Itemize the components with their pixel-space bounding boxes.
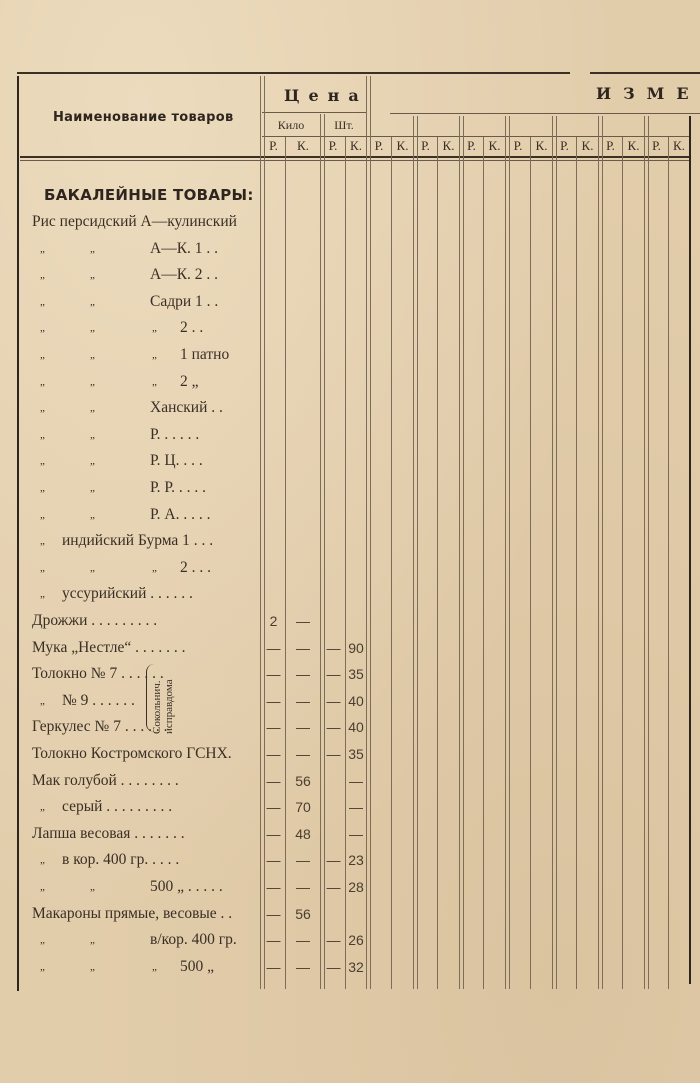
price-kilo-k: 48 — [286, 821, 320, 847]
side-note-line-1: Сокольнич. — [151, 679, 163, 734]
price-sht-k: 40 — [346, 714, 366, 740]
price-kilo-k: 70 — [286, 794, 320, 820]
price-kilo-r — [262, 315, 285, 341]
item-name-text: № 9 . . . . . . — [62, 688, 135, 714]
price-kilo-k: — — [286, 661, 320, 687]
price-sht-r — [322, 901, 345, 927]
price-group-header: Цена — [284, 86, 368, 105]
ditto-mark: „ — [90, 502, 95, 528]
price-sht-k: — — [346, 821, 366, 847]
item-name-text: в/кор. 400 гр. — [150, 927, 237, 953]
ditto-mark: „ — [40, 502, 45, 528]
price-sht-k — [346, 315, 366, 341]
price-sht-k: 23 — [346, 847, 366, 873]
ditto-mark: „ — [40, 342, 45, 368]
price-sht-r: — — [322, 635, 345, 661]
rk-row-top-rule — [262, 136, 690, 137]
item-name: „серый . . . . . . . . . — [32, 794, 258, 820]
price-sht-r — [322, 768, 345, 794]
price-sht-r — [322, 475, 345, 501]
table-row: „„Р. А. . . . . — [0, 502, 700, 528]
price-sht-r — [322, 369, 345, 395]
price-sht-r — [322, 528, 345, 554]
price-kilo-k: — — [286, 714, 320, 740]
price-sht-k — [346, 236, 366, 262]
change-group-header: ИЗМЕ — [596, 84, 700, 103]
header-bottom-rule-2 — [20, 160, 690, 161]
price-sht-r — [322, 581, 345, 607]
item-name: „„Р. . . . . . — [32, 422, 258, 448]
ditto-mark: „ — [90, 315, 95, 341]
table-row: „„Садри 1 . . — [0, 289, 700, 315]
price-kilo-r: — — [262, 901, 285, 927]
item-name: „„500 „ . . . . . — [32, 874, 258, 900]
price-sht-r — [322, 794, 345, 820]
table-row: „№ 9 . . . . . .———40 — [0, 688, 700, 714]
item-name: Геркулес № 7 . . . . . . — [32, 714, 258, 740]
table-row: „„А—К. 1 . . — [0, 236, 700, 262]
item-name-text: серый . . . . . . . . . — [62, 794, 172, 820]
item-name-text: уссурийский . . . . . . — [62, 581, 193, 607]
item-name-text: в кор. 400 гр. . . . . — [62, 847, 179, 873]
item-name-text: 500 „ . . . . . — [150, 874, 223, 900]
ditto-mark: „ — [152, 555, 157, 581]
item-name-text: 1 патно — [180, 342, 229, 368]
price-sht-r: — — [322, 741, 345, 767]
price-kilo-r: — — [262, 688, 285, 714]
price-sht-r — [322, 262, 345, 288]
price-sht-k: — — [346, 768, 366, 794]
rub-label: Р. — [506, 138, 530, 154]
price-sht-k: 35 — [346, 661, 366, 687]
header-bottom-rule — [20, 156, 690, 158]
price-kilo-k — [286, 475, 320, 501]
item-name: „„А—К. 1 . . — [32, 236, 258, 262]
price-kilo-r: — — [262, 714, 285, 740]
price-kilo-k — [286, 528, 320, 554]
item-name-text: Р. Ц. . . . — [150, 448, 203, 474]
item-name: „„в/кор. 400 гр. — [32, 927, 258, 953]
unit-piece-header: Шт. — [322, 118, 366, 133]
rub-label: Р. — [262, 138, 285, 154]
price-sht-k — [346, 581, 366, 607]
price-sht-k — [346, 342, 366, 368]
price-kilo-k — [286, 236, 320, 262]
item-name-text: 2 . . — [180, 315, 203, 341]
price-sht-k — [346, 209, 366, 235]
item-name-text: 2 „ — [180, 369, 199, 395]
producer-side-note: Сокольнич. исправдома — [151, 679, 175, 734]
price-kilo-r — [262, 395, 285, 421]
price-kilo-r — [262, 448, 285, 474]
item-name-text: 2 . . . — [180, 555, 211, 581]
price-sht-k: 28 — [346, 874, 366, 900]
price-sht-k — [346, 502, 366, 528]
price-sht-k — [346, 528, 366, 554]
table-row: Толокно № 7 . . . . . .———35 — [0, 661, 700, 687]
table-row: Рис персидский А—кулинский — [0, 209, 700, 235]
item-name: Толокно № 7 . . . . . . — [32, 661, 258, 687]
price-sht-k: 90 — [346, 635, 366, 661]
ditto-mark: „ — [90, 448, 95, 474]
kop-label: К. — [483, 138, 506, 154]
table-row: „„Ханский . . — [0, 395, 700, 421]
price-kilo-r — [262, 262, 285, 288]
ditto-mark: „ — [90, 927, 95, 953]
ditto-mark: „ — [40, 236, 45, 262]
ditto-mark: „ — [40, 954, 45, 980]
kop-label: К. — [285, 138, 321, 154]
kop-label: К. — [668, 138, 690, 154]
ditto-mark: „ — [40, 847, 45, 873]
price-sht-r — [322, 422, 345, 448]
ditto-mark: „ — [40, 395, 45, 421]
table-row: „„Р. Ц. . . . — [0, 448, 700, 474]
kop-label: К. — [530, 138, 553, 154]
price-sht-k — [346, 369, 366, 395]
ditto-mark: „ — [40, 927, 45, 953]
section-title: БАКАЛЕЙНЫЕ ТОВАРЫ: — [44, 186, 254, 204]
item-name-text: А—К. 2 . . — [150, 262, 218, 288]
item-name: „„Ханский . . — [32, 395, 258, 421]
item-name-text: 500 „ — [180, 954, 214, 980]
price-sht-k — [346, 475, 366, 501]
item-name-text: Ханский . . — [150, 395, 223, 421]
price-kilo-r — [262, 581, 285, 607]
price-sht-r: — — [322, 661, 345, 687]
side-note-line-2: исправдома — [163, 679, 175, 734]
table-row: Мука „Нестле“ . . . . . . .———90 — [0, 635, 700, 661]
price-sht-k — [346, 395, 366, 421]
ditto-mark: „ — [40, 581, 45, 607]
price-sht-r — [322, 821, 345, 847]
price-kilo-k: — — [286, 688, 320, 714]
price-kilo-k: — — [286, 608, 320, 634]
ditto-mark: „ — [90, 395, 95, 421]
item-name: „„„500 „ — [32, 954, 258, 980]
price-kilo-k: 56 — [286, 901, 320, 927]
ditto-mark: „ — [40, 315, 45, 341]
rub-label: Р. — [645, 138, 668, 154]
rub-label: Р. — [414, 138, 437, 154]
item-name: „„А—К. 2 . . — [32, 262, 258, 288]
price-sht-k: 26 — [346, 927, 366, 953]
price-sht-k — [346, 262, 366, 288]
item-name: „„Р. А. . . . . — [32, 502, 258, 528]
price-sht-k — [346, 555, 366, 581]
item-name: „индийский Бурма 1 . . . — [32, 528, 258, 554]
rub-label: Р. — [553, 138, 576, 154]
price-kilo-k: — — [286, 954, 320, 980]
price-kilo-k — [286, 289, 320, 315]
table-row: Макароны прямые, весовые . .—56 — [0, 901, 700, 927]
name-column-header: Наименование товаров — [53, 110, 233, 125]
price-kilo-r: — — [262, 927, 285, 953]
item-name: „„Р. Ц. . . . — [32, 448, 258, 474]
price-sht-r: — — [322, 954, 345, 980]
price-kilo-r — [262, 342, 285, 368]
table-row: „„„2 . . — [0, 315, 700, 341]
price-sht-r — [322, 395, 345, 421]
price-sht-r: — — [322, 714, 345, 740]
price-kilo-k — [286, 581, 320, 607]
ditto-mark: „ — [40, 555, 45, 581]
kop-label: К. — [437, 138, 460, 154]
price-kilo-r — [262, 236, 285, 262]
ditto-mark: „ — [152, 954, 157, 980]
table-row: „„„500 „———32 — [0, 954, 700, 980]
price-sht-r — [322, 209, 345, 235]
price-sht-r: — — [322, 688, 345, 714]
table-row: „серый . . . . . . . . .—70— — [0, 794, 700, 820]
price-kilo-r: — — [262, 794, 285, 820]
ditto-mark: „ — [40, 422, 45, 448]
price-kilo-k — [286, 395, 320, 421]
kop-label: К. — [576, 138, 599, 154]
rub-label: Р. — [460, 138, 483, 154]
item-name: „„„2 „ — [32, 369, 258, 395]
ditto-mark: „ — [40, 262, 45, 288]
price-kilo-r — [262, 555, 285, 581]
item-name: „уссурийский . . . . . . — [32, 581, 258, 607]
price-kilo-k — [286, 209, 320, 235]
table-row: „„„2 „ — [0, 369, 700, 395]
item-name-text: Р. А. . . . . — [150, 502, 211, 528]
item-name: „„„2 . . — [32, 315, 258, 341]
kop-label: К. — [622, 138, 645, 154]
price-kilo-r — [262, 528, 285, 554]
ditto-mark: „ — [152, 369, 157, 395]
item-name: Лапша весовая . . . . . . . — [32, 821, 258, 847]
item-name: Макароны прямые, весовые . . — [32, 901, 258, 927]
price-kilo-r — [262, 289, 285, 315]
price-kilo-k — [286, 422, 320, 448]
table-row: „„А—К. 2 . . — [0, 262, 700, 288]
item-name-text: Садри 1 . . — [150, 289, 218, 315]
ditto-mark: „ — [90, 555, 95, 581]
ditto-mark: „ — [40, 289, 45, 315]
header-top-rule — [17, 72, 570, 74]
price-kilo-k — [286, 342, 320, 368]
ditto-mark: „ — [90, 422, 95, 448]
table-row: Лапша весовая . . . . . . .—48— — [0, 821, 700, 847]
header-top-rule-right — [590, 72, 700, 74]
rub-label: Р. — [599, 138, 622, 154]
table-row: „„500 „ . . . . .———28 — [0, 874, 700, 900]
price-kilo-k — [286, 262, 320, 288]
item-name: Толокно Костромского ГСНХ. — [32, 741, 258, 767]
price-sht-k — [346, 289, 366, 315]
ditto-mark: „ — [90, 342, 95, 368]
ditto-mark: „ — [40, 794, 45, 820]
item-name-text: А—К. 1 . . — [150, 236, 218, 262]
price-kilo-k — [286, 315, 320, 341]
price-sht-k: 35 — [346, 741, 366, 767]
price-kilo-r: — — [262, 768, 285, 794]
ditto-mark: „ — [40, 369, 45, 395]
table-row: Дрожжи . . . . . . . . .2— — [0, 608, 700, 634]
table-row: Толокно Костромского ГСНХ.———35 — [0, 741, 700, 767]
rub-label: Р. — [367, 138, 391, 154]
price-sht-k: — — [346, 794, 366, 820]
item-name: „„„1 патно — [32, 342, 258, 368]
item-name: Мука „Нестле“ . . . . . . . — [32, 635, 258, 661]
item-name: „„Садри 1 . . — [32, 289, 258, 315]
price-sht-k — [346, 422, 366, 448]
ditto-mark: „ — [90, 954, 95, 980]
ditto-mark: „ — [90, 369, 95, 395]
price-sht-k: 32 — [346, 954, 366, 980]
price-kilo-r — [262, 209, 285, 235]
price-kilo-k: — — [286, 741, 320, 767]
price-kilo-k — [286, 555, 320, 581]
price-kilo-r: — — [262, 847, 285, 873]
price-kilo-k — [286, 448, 320, 474]
ditto-mark: „ — [90, 475, 95, 501]
unit-kilo-header: Кило — [262, 118, 320, 133]
price-kilo-k — [286, 502, 320, 528]
price-sht-r — [322, 555, 345, 581]
price-kilo-k: — — [286, 847, 320, 873]
price-sht-r — [322, 608, 345, 634]
item-name: „в кор. 400 гр. . . . . — [32, 847, 258, 873]
ditto-mark: „ — [90, 289, 95, 315]
price-kilo-r — [262, 475, 285, 501]
ditto-mark: „ — [40, 448, 45, 474]
ditto-mark: „ — [40, 688, 45, 714]
price-sht-k — [346, 901, 366, 927]
ditto-mark: „ — [90, 874, 95, 900]
item-name: „„Р. Р. . . . . — [32, 475, 258, 501]
kop-label: К. — [345, 138, 367, 154]
price-kilo-r: 2 — [262, 608, 285, 634]
item-name: „№ 9 . . . . . . — [32, 688, 258, 714]
price-subheader-rule — [262, 112, 367, 113]
price-sht-r — [322, 342, 345, 368]
ditto-mark: „ — [152, 342, 157, 368]
kop-label: К. — [391, 138, 414, 154]
ditto-mark: „ — [90, 262, 95, 288]
price-kilo-r — [262, 502, 285, 528]
ditto-mark: „ — [90, 236, 95, 262]
table-row: „„в/кор. 400 гр.———26 — [0, 927, 700, 953]
change-subheader-rule — [390, 113, 700, 114]
price-sht-r: — — [322, 874, 345, 900]
price-kilo-r — [262, 422, 285, 448]
item-name: Рис персидский А—кулинский — [32, 209, 258, 235]
price-kilo-k: — — [286, 635, 320, 661]
table-row: „индийский Бурма 1 . . . — [0, 528, 700, 554]
table-row: Мак голубой . . . . . . . .—56— — [0, 768, 700, 794]
item-name: Мак голубой . . . . . . . . — [32, 768, 258, 794]
price-sht-r — [322, 448, 345, 474]
price-sht-r — [322, 289, 345, 315]
price-kilo-r — [262, 369, 285, 395]
price-kilo-r: — — [262, 874, 285, 900]
ditto-mark: „ — [40, 874, 45, 900]
table-row: „уссурийский . . . . . . — [0, 581, 700, 607]
price-kilo-r: — — [262, 635, 285, 661]
price-kilo-k — [286, 369, 320, 395]
table-row: „„Р. Р. . . . . — [0, 475, 700, 501]
item-name: „„„2 . . . — [32, 555, 258, 581]
table-row: „„Р. . . . . . — [0, 422, 700, 448]
price-kilo-k: — — [286, 874, 320, 900]
price-sht-k — [346, 448, 366, 474]
table-row: „в кор. 400 гр. . . . .———23 — [0, 847, 700, 873]
table-row: „„„2 . . . — [0, 555, 700, 581]
price-kilo-r: — — [262, 741, 285, 767]
price-kilo-k: — — [286, 927, 320, 953]
item-name-text: Р. Р. . . . . — [150, 475, 206, 501]
price-kilo-r: — — [262, 821, 285, 847]
price-sht-r — [322, 236, 345, 262]
price-kilo-r: — — [262, 954, 285, 980]
price-sht-r — [322, 502, 345, 528]
price-sht-r: — — [322, 847, 345, 873]
item-name-text: Р. . . . . . — [150, 422, 199, 448]
price-kilo-k: 56 — [286, 768, 320, 794]
table-row: „„„1 патно — [0, 342, 700, 368]
price-sht-r — [322, 315, 345, 341]
ditto-mark: „ — [40, 528, 45, 554]
price-sht-k: 40 — [346, 688, 366, 714]
table-row: Геркулес № 7 . . . . . .———40 — [0, 714, 700, 740]
price-sht-k — [346, 608, 366, 634]
price-sht-r: — — [322, 927, 345, 953]
ditto-mark: „ — [152, 315, 157, 341]
item-name-text: индийский Бурма 1 . . . — [62, 528, 213, 554]
price-kilo-r: — — [262, 661, 285, 687]
item-name: Дрожжи . . . . . . . . . — [32, 608, 258, 634]
rub-label: Р. — [321, 138, 345, 154]
ditto-mark: „ — [40, 475, 45, 501]
